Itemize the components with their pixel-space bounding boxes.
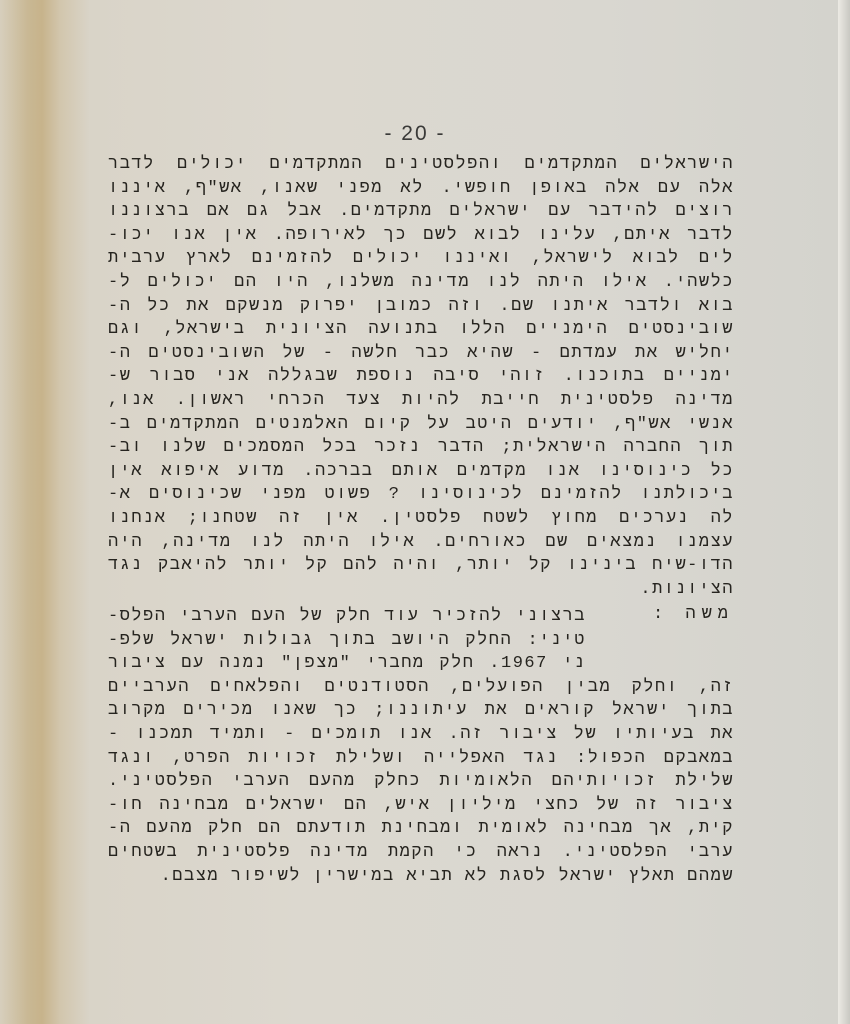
text-line: הציונות.	[108, 578, 734, 602]
text-line: טיני: החלק היושב בתוך גבולות ישראל שלפ-	[108, 629, 734, 653]
text-line: הדו-שיח בינינו קל יותר, והיה להם קל יותר…	[108, 554, 734, 578]
text-line: בוא ולדבר איתנו שם. וזה כמובן יפרוק מנשק…	[108, 295, 734, 319]
text-line: שלילת זכויותיהם הלאומיות כחלק מהעם הערבי…	[108, 770, 734, 794]
speaker-label: משה :	[653, 605, 734, 624]
text-line: כל כינוסינו אנו מקדמים אותם בברכה. מדוע …	[108, 460, 734, 484]
text-line: מדינה פלסטינית חייבת להיות צעד הכרחי ראש…	[108, 389, 734, 413]
text-line: ערבי הפלסטיני. נראה כי הקמת מדינה פלסטינ…	[108, 841, 734, 865]
text-line: ציבור זה של כחצי מיליון איש, הם ישראלים …	[108, 794, 734, 818]
text-line: ימניים בתוכנו. זוהי סיבה נוספת שבגללה אנ…	[108, 365, 734, 389]
text-line: ברצוני להזכיר עוד חלק של העם הערבי הפלס-	[108, 605, 734, 629]
paragraph-1: הישראלים המתקדמים והפלסטינים המתקדמים יכ…	[108, 153, 734, 601]
text-line: ביכולתנו להזמינם לכינוסינו ? פשוט מפני ש…	[108, 483, 734, 507]
text-line: רוצים להידבר עם ישראלים מתקדמים. אבל גם …	[108, 200, 734, 224]
text-line: את בעיותיו של ציבור זה. אנו תומכים - ותמ…	[108, 723, 734, 747]
page-edge	[838, 0, 850, 1024]
page-number: - 20 -	[0, 122, 850, 146]
text-line: אנשי אש"ף, יודעים היטב על קיום האלמנטים …	[108, 413, 734, 437]
text-line: במאבקם הכפול: נגד האפלייה ושלילת זכויות …	[108, 747, 734, 771]
text-line: כלשהי. אילו היתה לנו מדינה משלנו, היו הם…	[108, 271, 734, 295]
text-line: לה נערכים מחוץ לשטח פלסטין. אין זה שטחנו…	[108, 507, 734, 531]
page-number-text: - 20 -	[384, 122, 445, 145]
text-line: שמהם תאלץ ישראל לסגת לא תביא במישרין לשי…	[108, 865, 734, 889]
text-line: אלה עם אלה באופן חופשי. לא מפני שאנו, אש…	[108, 177, 734, 201]
paragraph-2: משה :ברצוני להזכיר עוד חלק של העם הערבי …	[108, 605, 734, 888]
text-line: תוך החברה הישראלית; הדבר נזכר בכל המסמכי…	[108, 436, 734, 460]
text-line: קית, אך מבחינה לאומית ומבחינת תודעתם הם …	[108, 817, 734, 841]
text-line: זה, וחלק מבין הפועלים, הסטודנטים והפלאחי…	[108, 676, 734, 700]
text-line: שובינסטים הימניים הללו בתנועה הציונית בי…	[108, 318, 734, 342]
text-line: עצמנו נמצאים שם כאורחים. אילו היתה לנו מ…	[108, 531, 734, 555]
text-line: ני 1967. חלק מחברי "מצפן" נמנה עם ציבור	[108, 652, 734, 676]
text-line: הישראלים המתקדמים והפלסטינים המתקדמים יכ…	[108, 153, 734, 177]
text-line: בתוך ישראל קוראים את עיתוננו; כך שאנו מכ…	[108, 699, 734, 723]
text-line: לים לבוא לישראל, ואיננו יכולים להזמינם ל…	[108, 247, 734, 271]
text-line: לדבר איתם, עלינו לבוא לשם כך לאירופה. אי…	[108, 224, 734, 248]
text-line: יחליש את עמדתם - שהיא כבר חלשה - של השוב…	[108, 342, 734, 366]
